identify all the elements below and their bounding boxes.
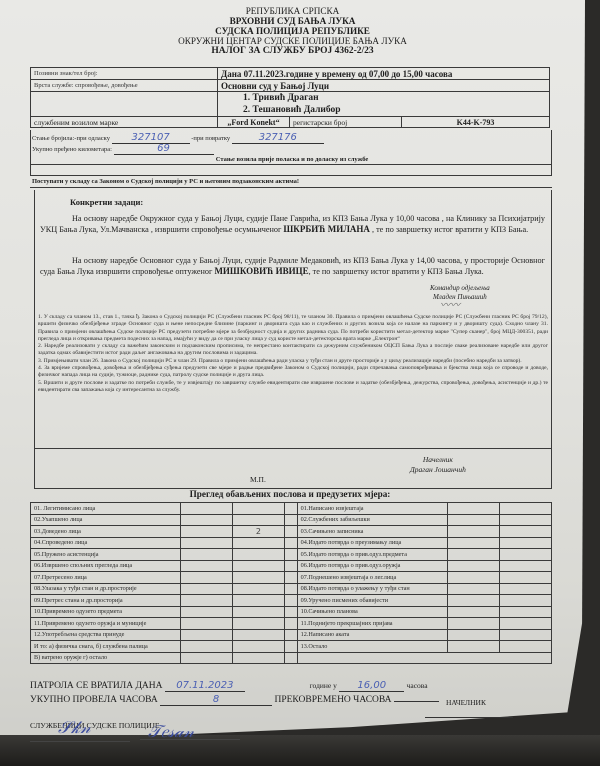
review-right-label: 11.Поднијето прекршајних пријава bbox=[297, 618, 448, 630]
review-row: 11.Привремено одузето оружја и муниције1… bbox=[31, 618, 552, 630]
review-spacer bbox=[285, 595, 298, 607]
review-left-count-a[interactable] bbox=[181, 537, 233, 549]
review-left-count[interactable] bbox=[232, 583, 284, 595]
review-row: 07.Претресено лица07.Поднешено извјештај… bbox=[31, 572, 552, 584]
header-court-police: СУДСКА ПОЛИЦИЈА РЕПУБЛИКЕ bbox=[0, 26, 585, 36]
officer-2-signature: 𝒯𝑒𝓈𝒶𝓃 bbox=[148, 722, 194, 742]
review-left-count[interactable] bbox=[232, 537, 284, 549]
review-left-count[interactable]: 2 bbox=[232, 526, 284, 538]
review-left-label: 02.Ухапшено лица bbox=[31, 514, 181, 526]
rule-5: 5. Вршити и друге послове и задатке по п… bbox=[38, 380, 548, 395]
review-right-count-b[interactable] bbox=[500, 514, 552, 526]
commander-title: Командир одјељења bbox=[430, 284, 490, 293]
review-left-label: 09.Претрес стана и др.просторија bbox=[31, 595, 181, 607]
review-right-count-b[interactable] bbox=[500, 606, 552, 618]
review-row: 10.Привремено одузето предмета10.Сачињен… bbox=[31, 606, 552, 618]
review-left-count[interactable] bbox=[232, 572, 284, 584]
review-left-count-a[interactable] bbox=[181, 549, 233, 561]
review-spacer bbox=[285, 503, 298, 515]
review-right-count-b[interactable] bbox=[500, 537, 552, 549]
seal-row bbox=[34, 448, 552, 489]
rule-2: 2. Наредбе реализовати у складу са важећ… bbox=[38, 343, 548, 358]
review-left-count-a[interactable] bbox=[181, 595, 233, 607]
registration-value: K44-K-793 bbox=[402, 117, 550, 128]
commander-signature: 〰〰 bbox=[440, 296, 460, 311]
call-sign-label: Позивни знак/тел број: bbox=[31, 68, 218, 80]
review-left-count[interactable] bbox=[232, 503, 284, 515]
header-supreme-court: ВРХОВНИ СУД БАЊА ЛУКА bbox=[0, 16, 585, 26]
divider bbox=[30, 164, 552, 165]
review-spacer bbox=[285, 549, 298, 561]
review-right-label: 10.Сачињено планова bbox=[297, 606, 448, 618]
review-right-empty bbox=[297, 652, 551, 664]
chief-signature-line bbox=[425, 717, 513, 718]
odometer-return-value[interactable]: 327176 bbox=[232, 133, 324, 144]
review-left-count[interactable] bbox=[232, 514, 284, 526]
review-left-label: 03.Доведено лица bbox=[31, 526, 181, 538]
overtime-value[interactable] bbox=[394, 701, 439, 702]
review-right-count[interactable] bbox=[448, 503, 500, 515]
vehicle-label: службеним возилом марке bbox=[31, 117, 218, 128]
divider bbox=[30, 187, 552, 188]
review-right-count-b[interactable] bbox=[500, 641, 552, 653]
hours-label: часова bbox=[407, 681, 428, 690]
officer-1: 1. Тривић Драган bbox=[243, 92, 546, 104]
vehicle-make: „Ford Konekt“ bbox=[218, 117, 290, 128]
review-row: 03.Доведено лица203.Сачињено записника bbox=[31, 526, 552, 538]
review-left-label: 07.Претресено лица bbox=[31, 572, 181, 584]
review-right-count[interactable] bbox=[448, 629, 500, 641]
review-left-label: 04.Спроведено лица bbox=[31, 537, 181, 549]
signature-line bbox=[30, 741, 130, 742]
seal-placeholder: М.П. bbox=[250, 475, 266, 484]
review-right-count[interactable] bbox=[448, 606, 500, 618]
review-left-count[interactable] bbox=[232, 549, 284, 561]
odometer-departure-value[interactable]: 327107 bbox=[112, 133, 190, 144]
review-left-label: 06.Извршено спољних прегледа лица bbox=[31, 560, 181, 572]
divider bbox=[30, 175, 552, 176]
year-at-label: године у bbox=[310, 681, 337, 690]
rule-1: 1. У складу са чланом 13., став 1., тачк… bbox=[38, 314, 548, 343]
review-right-label: 13.Остало bbox=[297, 641, 448, 653]
odometer-section: Стање бројила:-при одласку 327107 -при п… bbox=[32, 133, 552, 165]
review-spacer bbox=[285, 572, 298, 584]
task-2-text-end: , те по завршетку истог вратити у КПЗ Ба… bbox=[309, 267, 484, 276]
review-row: 12.Употребљена средства принуде12.Написа… bbox=[31, 629, 552, 641]
review-row: 02.Ухапшено лица02.Службених забиљешки bbox=[31, 514, 552, 526]
total-hours-label: УКУПНО ПРОВЕЛА ЧАСОВА bbox=[30, 695, 158, 705]
review-left-label: 11.Привремено одузето оружја и муниције bbox=[31, 618, 181, 630]
review-right-count[interactable] bbox=[448, 526, 500, 538]
review-right-label: 09.Уручено писмених обавијести bbox=[297, 595, 448, 607]
task-2-person: МИШКОВИЋ ИВИЦЕ bbox=[214, 266, 308, 276]
review-spacer bbox=[285, 526, 298, 538]
return-time-value[interactable]: 16,00 bbox=[339, 680, 404, 692]
review-left-label: И то: а) физичка снага, б) службена пали… bbox=[31, 641, 181, 653]
order-details-table: Позивни знак/тел број: Дана 07.11.2023.г… bbox=[30, 67, 550, 128]
review-left-count-a[interactable] bbox=[181, 629, 233, 641]
review-right-count-b[interactable] bbox=[500, 572, 552, 584]
task-1: На основу наредбе Окружног суда у Бањој … bbox=[40, 213, 545, 235]
review-left-count-a[interactable] bbox=[181, 618, 233, 630]
chief-label: НАЧЕЛНИК bbox=[446, 698, 486, 707]
document-header: РЕПУБЛИКА СРПСКА ВРХОВНИ СУД БАЊА ЛУКА С… bbox=[0, 6, 585, 56]
review-row: 09.Претрес стана и др.просторија09.Уруче… bbox=[31, 595, 552, 607]
review-left-label: В) ватрено оружје г) остало bbox=[31, 652, 181, 664]
review-title: Преглед обављених послова и предузетих м… bbox=[30, 489, 550, 499]
review-left-count-a[interactable] bbox=[181, 514, 233, 526]
divider bbox=[30, 130, 31, 175]
review-right-count-b[interactable] bbox=[500, 629, 552, 641]
review-left-count-a[interactable] bbox=[181, 606, 233, 618]
review-right-count-b[interactable] bbox=[500, 583, 552, 595]
tasks-title: Конкретни задаци: bbox=[70, 197, 143, 207]
review-left-count-a[interactable] bbox=[181, 560, 233, 572]
review-left-count-a[interactable] bbox=[181, 583, 233, 595]
task-1-person: ШКРБИЋ МИЛАНА bbox=[283, 224, 370, 234]
officers-label-cell bbox=[31, 92, 218, 117]
rule-3: 3. Примјењивати члан 26. Закона о Судско… bbox=[38, 358, 548, 365]
review-right-count-b[interactable] bbox=[500, 560, 552, 572]
review-right-label: 03.Сачињено записника bbox=[297, 526, 448, 538]
date-time-value: Дана 07.11.2023.године у времену од 07,0… bbox=[218, 68, 550, 80]
service-type-label: Врста службе: спровођење, довођење bbox=[31, 80, 218, 92]
odometer-departure-label: Стање бројила:-при одласку bbox=[32, 135, 110, 142]
background-surface bbox=[0, 735, 600, 766]
chief-signature-block: Начелник Драган Јошанчић bbox=[410, 455, 466, 475]
task-2: На основу наредбе Основног суда у Бањој … bbox=[40, 255, 545, 277]
review-left-count[interactable] bbox=[232, 629, 284, 641]
officer-1-signature: 𝒮𝓀𝓃 bbox=[58, 718, 91, 738]
review-right-count[interactable] bbox=[448, 583, 500, 595]
review-right-count-b[interactable] bbox=[500, 549, 552, 561]
review-row: В) ватрено оружје г) остало bbox=[31, 652, 552, 664]
review-spacer bbox=[285, 514, 298, 526]
order-title: НАЛОГ ЗА СЛУЖБУ БРОЈ 4362-2/23 bbox=[0, 46, 585, 56]
review-left-count[interactable] bbox=[232, 606, 284, 618]
total-hours-value[interactable]: 8 bbox=[160, 694, 272, 706]
review-right-label: 06.Издато потврда о прив.одуз.оружја bbox=[297, 560, 448, 572]
review-left-count-a[interactable] bbox=[181, 503, 233, 515]
odometer-return-label: -при повратку bbox=[191, 135, 230, 142]
review-right-count[interactable] bbox=[448, 618, 500, 630]
returned-label: ПАТРОЛА СЕ ВРАТИЛА ДАНА bbox=[30, 681, 163, 691]
overtime-label: ПРЕКОВРЕМЕНО ЧАСОВА bbox=[274, 695, 391, 705]
review-left-label: 12.Употребљена средства принуде bbox=[31, 629, 181, 641]
review-row: 04.Спроведено лица04.Издато потврда о пр… bbox=[31, 537, 552, 549]
rules-list: 1. У складу са чланом 13., став 1., тачк… bbox=[38, 314, 548, 394]
review-right-count[interactable] bbox=[448, 560, 500, 572]
review-spacer bbox=[285, 583, 298, 595]
instruction-line: Поступати у складу са Законом о Судској … bbox=[32, 178, 299, 185]
review-left-count-a[interactable] bbox=[181, 641, 233, 653]
review-right-label: 05.Издато потврда о прив.одуз.предмета bbox=[297, 549, 448, 561]
divider bbox=[551, 130, 552, 175]
header-district-center: ОКРУЖНИ ЦЕНТАР СУДСКЕ ПОЛИЦИЈЕ БАЊА ЛУКА bbox=[0, 36, 585, 46]
chief-name: Драган Јошанчић bbox=[410, 465, 466, 475]
service-type-value: Основни суд у Бањој Луци bbox=[218, 80, 550, 92]
review-right-count[interactable] bbox=[448, 572, 500, 584]
return-line-1: ПАТРОЛА СЕ ВРАТИЛА ДАНА 07.11.2023 годин… bbox=[30, 680, 428, 692]
officers-list: 1. Тривић Драган 2. Тешановић Далибор bbox=[218, 92, 550, 117]
review-left-count[interactable] bbox=[232, 595, 284, 607]
review-left-count[interactable] bbox=[232, 652, 284, 664]
review-left-count-a[interactable] bbox=[181, 526, 233, 538]
review-left-label: 05.Пружено асистенција bbox=[31, 549, 181, 561]
return-line-2: УКУПНО ПРОВЕЛА ЧАСОВА 8 ПРЕКОВРЕМЕНО ЧАС… bbox=[30, 694, 439, 706]
review-left-count[interactable] bbox=[232, 618, 284, 630]
total-km-value[interactable]: 69 bbox=[114, 144, 214, 155]
review-right-count[interactable] bbox=[448, 549, 500, 561]
total-km-label: Укупно пређено километара: bbox=[32, 146, 112, 153]
review-row: И то: а) физичка снага, б) службена пали… bbox=[31, 641, 552, 653]
chief-title: Начелник bbox=[410, 455, 466, 465]
review-right-label: 02.Службених забиљешки bbox=[297, 514, 448, 526]
review-spacer bbox=[285, 652, 298, 664]
review-right-count[interactable] bbox=[448, 641, 500, 653]
review-spacer bbox=[285, 641, 298, 653]
review-left-count-a[interactable] bbox=[181, 652, 233, 664]
officer-2: 2. Тешановић Далибор bbox=[243, 104, 546, 116]
review-right-count-b[interactable] bbox=[500, 503, 552, 515]
review-right-label: 04.Издато потврда о преузимању лица bbox=[297, 537, 448, 549]
review-spacer bbox=[285, 629, 298, 641]
review-spacer bbox=[285, 537, 298, 549]
review-right-count[interactable] bbox=[448, 537, 500, 549]
review-left-count[interactable] bbox=[232, 560, 284, 572]
header-republic: РЕПУБЛИКА СРПСКА bbox=[0, 6, 585, 16]
review-row: 01. Легитимисано лица01.Написано извјешт… bbox=[31, 503, 552, 515]
review-right-label: 12.Написано аката bbox=[297, 629, 448, 641]
officers-signature-label: СЛУЖБЕНИЦИ СУДСКЕ ПОЛИЦИЈЕ bbox=[30, 721, 160, 730]
review-right-label: 01.Написано извјештаја bbox=[297, 503, 448, 515]
review-left-count[interactable] bbox=[232, 641, 284, 653]
review-left-label: 10.Привремено одузето предмета bbox=[31, 606, 181, 618]
review-left-label: 08.Улазака у туђи стан и др.просторије bbox=[31, 583, 181, 595]
rule-4: 4. За вријеме спровођења, довођења и обе… bbox=[38, 365, 548, 380]
review-row: 05.Пружено асистенција05.Издато потврда … bbox=[31, 549, 552, 561]
review-table: 01. Легитимисано лица01.Написано извјешт… bbox=[30, 502, 552, 664]
review-right-count[interactable] bbox=[448, 514, 500, 526]
review-right-label: 08.Издато потврда о улажењу у туђи стан bbox=[297, 583, 448, 595]
review-spacer bbox=[285, 618, 298, 630]
review-left-count-a[interactable] bbox=[181, 572, 233, 584]
review-spacer bbox=[285, 606, 298, 618]
review-right-count-b[interactable] bbox=[500, 618, 552, 630]
review-spacer bbox=[285, 560, 298, 572]
review-row: 06.Извршено спољних прегледа лица06.Изда… bbox=[31, 560, 552, 572]
review-right-count-b[interactable] bbox=[500, 526, 552, 538]
review-row: 08.Улазака у туђи стан и др.просторије08… bbox=[31, 583, 552, 595]
returned-date-value[interactable]: 07.11.2023 bbox=[165, 680, 245, 692]
review-right-label: 07.Поднешено извјештаја о лег.лица bbox=[297, 572, 448, 584]
registration-label: регистарски број bbox=[290, 117, 402, 128]
review-left-label: 01. Легитимисано лица bbox=[31, 503, 181, 515]
task-1-text-end: , те по завршетку истог вратити у КПЗ Ба… bbox=[370, 225, 528, 234]
review-right-count[interactable] bbox=[448, 595, 500, 607]
review-right-count-b[interactable] bbox=[500, 595, 552, 607]
